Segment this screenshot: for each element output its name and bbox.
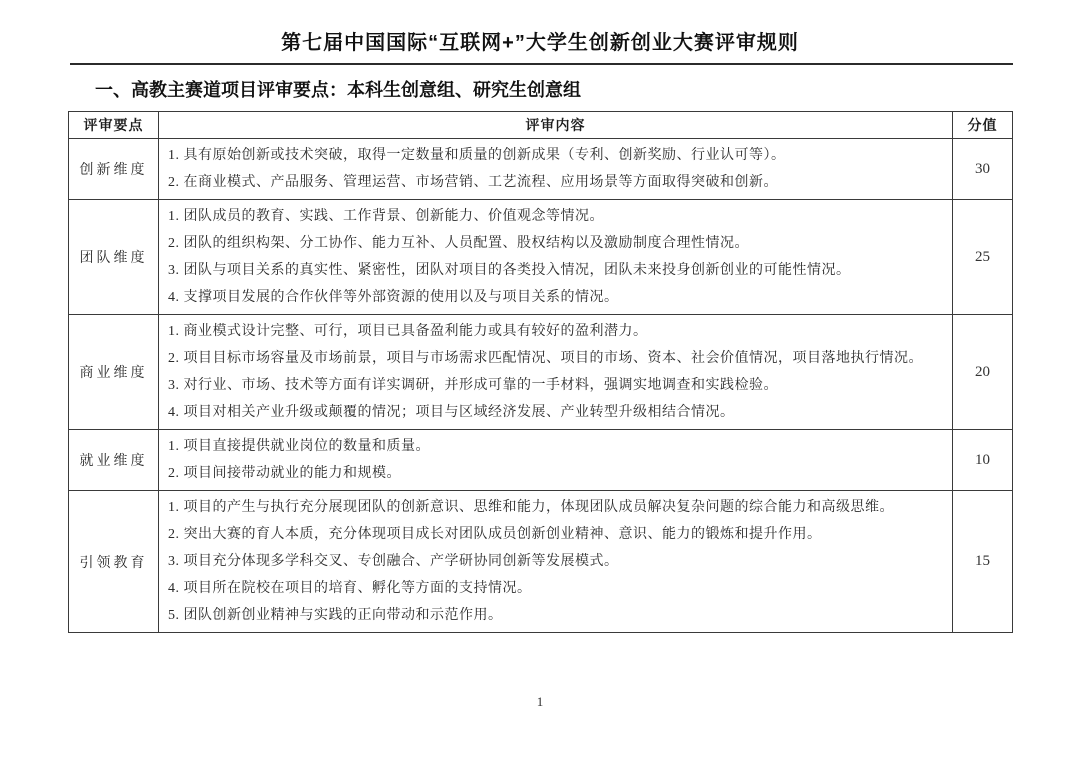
table-row: 团队维度 1. 团队成员的教育、实践、工作背景、创新能力、价值观念等情况。2. … [69,200,1013,315]
criteria-dimension-cell: 引领教育 [69,491,159,633]
document-title: 第七届中国国际“互联网+”大学生创新创业大赛评审规则 [0,30,1080,56]
criteria-item: 3. 项目充分体现多学科交叉、专创融合、产学研协同创新等发展模式。 [168,548,946,575]
criteria-item: 1. 项目直接提供就业岗位的数量和质量。 [168,433,946,460]
table-row: 商业维度 1. 商业模式设计完整、可行，项目已具备盈利能力或具有较好的盈利潜力。… [69,315,1013,430]
header-score: 分值 [953,112,1013,139]
criteria-item: 5. 团队创新创业精神与实践的正向带动和示范作用。 [168,602,946,629]
criteria-content-cell: 1. 商业模式设计完整、可行，项目已具备盈利能力或具有较好的盈利潜力。2. 项目… [159,315,953,430]
criteria-content-cell: 1. 团队成员的教育、实践、工作背景、创新能力、价值观念等情况。2. 团队的组织… [159,200,953,315]
table-row: 引领教育 1. 项目的产生与执行充分展现团队的创新意识、思维和能力，体现团队成员… [69,491,1013,633]
criteria-item: 2. 项目目标市场容量及市场前景，项目与市场需求匹配情况、项目的市场、资本、社会… [168,345,946,372]
criteria-item: 4. 项目所在院校在项目的培育、孵化等方面的支持情况。 [168,575,946,602]
criteria-content-cell: 1. 项目的产生与执行充分展现团队的创新意识、思维和能力，体现团队成员解决复杂问… [159,491,953,633]
page-number: 1 [0,694,1080,710]
rubric-table: 评审要点 评审内容 分值 创新维度 1. 具有原始创新或技术突破，取得一定数量和… [68,111,1013,633]
criteria-dimension-cell: 就业维度 [69,430,159,491]
header-criteria-dimension: 评审要点 [69,112,159,139]
header-criteria-content: 评审内容 [159,112,953,139]
criteria-dimension-cell: 商业维度 [69,315,159,430]
criteria-item: 3. 团队与项目关系的真实性、紧密性，团队对项目的各类投入情况，团队未来投身创新… [168,257,946,284]
section-heading: 一、高教主赛道项目评审要点：本科生创意组、研究生创意组 [95,78,1040,102]
header-row: 评审要点 评审内容 分值 [69,112,1013,139]
criteria-item: 1. 项目的产生与执行充分展现团队的创新意识、思维和能力，体现团队成员解决复杂问… [168,494,946,521]
criteria-item: 1. 具有原始创新或技术突破，取得一定数量和质量的创新成果（专利、创新奖励、行业… [168,142,946,169]
criteria-item: 2. 团队的组织构架、分工协作、能力互补、人员配置、股权结构以及激励制度合理性情… [168,230,946,257]
document-page: 第七届中国国际“互联网+”大学生创新创业大赛评审规则 一、高教主赛道项目评审要点… [0,0,1080,763]
score-cell: 20 [953,315,1013,430]
criteria-item: 4. 支撑项目发展的合作伙伴等外部资源的使用以及与项目关系的情况。 [168,284,946,311]
title-divider [70,63,1013,65]
table-row: 就业维度 1. 项目直接提供就业岗位的数量和质量。2. 项目间接带动就业的能力和… [69,430,1013,491]
criteria-content-cell: 1. 具有原始创新或技术突破，取得一定数量和质量的创新成果（专利、创新奖励、行业… [159,139,953,200]
score-cell: 25 [953,200,1013,315]
criteria-dimension-cell: 团队维度 [69,200,159,315]
criteria-item: 2. 项目间接带动就业的能力和规模。 [168,460,946,487]
criteria-item: 2. 在商业模式、产品服务、管理运营、市场营销、工艺流程、应用场景等方面取得突破… [168,169,946,196]
criteria-item: 3. 对行业、市场、技术等方面有详实调研，并形成可靠的一手材料，强调实地调查和实… [168,372,946,399]
score-cell: 30 [953,139,1013,200]
rubric-table-body: 创新维度 1. 具有原始创新或技术突破，取得一定数量和质量的创新成果（专利、创新… [69,139,1013,633]
table-row: 创新维度 1. 具有原始创新或技术突破，取得一定数量和质量的创新成果（专利、创新… [69,139,1013,200]
score-cell: 15 [953,491,1013,633]
rubric-table-header: 评审要点 评审内容 分值 [69,112,1013,139]
score-cell: 10 [953,430,1013,491]
criteria-content-cell: 1. 项目直接提供就业岗位的数量和质量。2. 项目间接带动就业的能力和规模。 [159,430,953,491]
criteria-item: 1. 商业模式设计完整、可行，项目已具备盈利能力或具有较好的盈利潜力。 [168,318,946,345]
criteria-item: 2. 突出大赛的育人本质，充分体现项目成长对团队成员创新创业精神、意识、能力的锻… [168,521,946,548]
criteria-item: 4. 项目对相关产业升级或颠覆的情况；项目与区域经济发展、产业转型升级相结合情况… [168,399,946,426]
criteria-dimension-cell: 创新维度 [69,139,159,200]
criteria-item: 1. 团队成员的教育、实践、工作背景、创新能力、价值观念等情况。 [168,203,946,230]
